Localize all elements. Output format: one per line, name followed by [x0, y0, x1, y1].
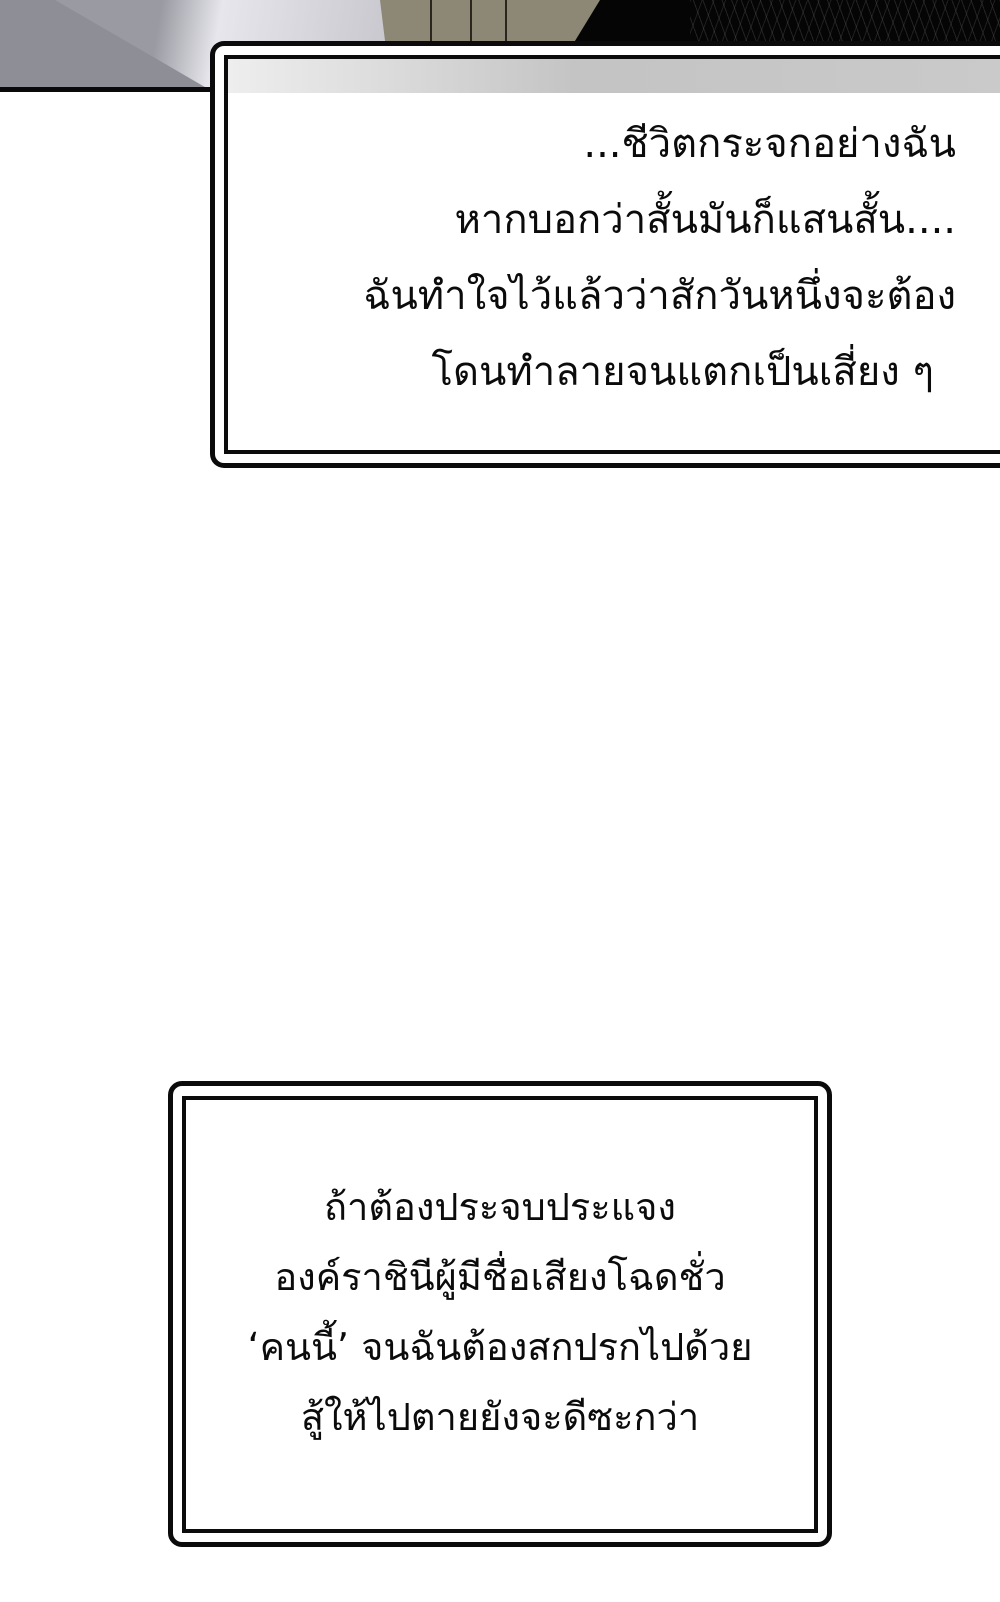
- caption-1-line: ฉันทำใจไว้แล้วว่าสักวันหนึ่งจะต้อง: [363, 258, 956, 334]
- art-scratch-texture: [690, 0, 1000, 45]
- caption-2-text: ถ้าต้องประจบประแจง องค์ราชินีผู้มีชื่อเส…: [182, 1172, 818, 1452]
- panel-border-line: [0, 87, 220, 92]
- caption-1-line: โดนทำลายจนแตกเป็นเสี่ยง ๆ: [363, 334, 956, 410]
- caption-1-line: หากบอกว่าสั้นมันก็แสนสั้น....: [363, 182, 956, 258]
- caption-2-line: ถ้าต้องประจบประแจง: [182, 1172, 818, 1242]
- caption-1-text: ...ชีวิตกระจกอย่างฉัน หากบอกว่าสั้นมันก็…: [363, 106, 956, 410]
- caption-2-line: องค์ราชินีผู้มีชื่อเสียงโฉดชั่ว: [182, 1242, 818, 1312]
- caption-2-line: สู้ให้ไปตายยังจะดีซะกว่า: [182, 1382, 818, 1452]
- caption-box-1-ghost-art: [228, 59, 1000, 93]
- caption-2-line: ‘คนนี้’ จนฉันต้องสกปรกไปด้วย: [182, 1312, 818, 1382]
- caption-1-line: ...ชีวิตกระจกอย่างฉัน: [363, 106, 956, 182]
